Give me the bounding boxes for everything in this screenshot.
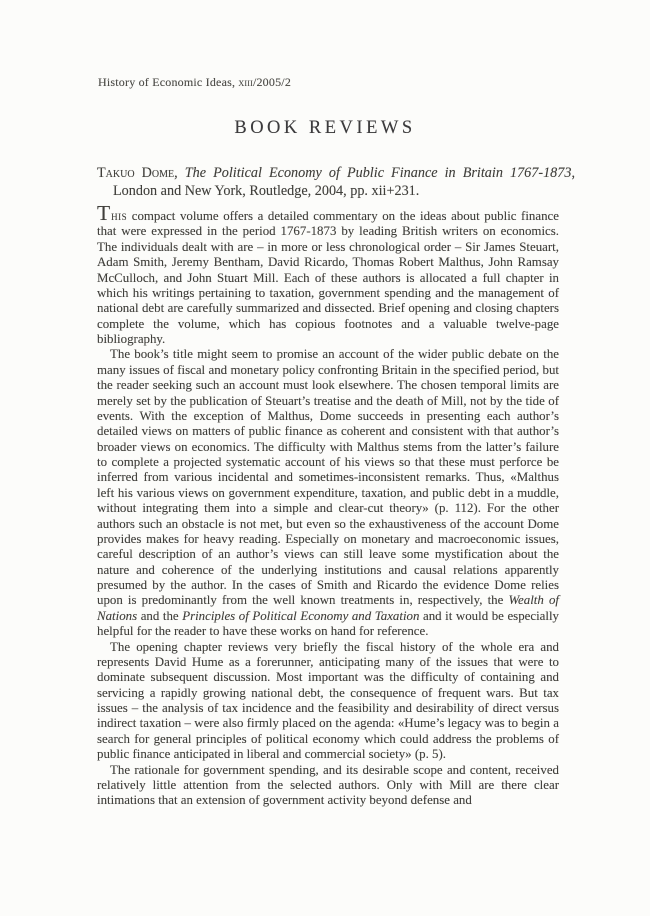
citation-book-title: The Political Economy of Public Finance … [185, 165, 572, 181]
book-citation: Takuo Dome, The Political Economy of Pub… [97, 164, 575, 200]
body-paragraph: The rationale for government spending, a… [97, 763, 559, 809]
body-paragraph: The opening chapter reviews very briefly… [97, 640, 559, 763]
text-run: The book’s title might seem to promise a… [97, 347, 559, 607]
journal-issue: /2005/2 [253, 75, 291, 89]
text-run: compact volume offers a detailed comment… [97, 209, 559, 346]
scanned-journal-page: History of Economic Ideas, xiii/2005/2 B… [0, 0, 650, 916]
text-run: The opening chapter reviews very briefly… [97, 640, 559, 762]
drop-cap-initial: T [97, 201, 111, 225]
body-paragraph: The book’s title might seem to promise a… [97, 347, 559, 639]
body-paragraph: This compact volume offers a detailed co… [97, 209, 559, 347]
citation-separator: , [174, 165, 185, 181]
smallcaps-lead: his [111, 209, 127, 223]
journal-name: History of Economic Ideas, [98, 75, 238, 89]
review-body: This compact volume offers a detailed co… [97, 209, 559, 809]
text-run: The rationale for government spending, a… [97, 763, 559, 808]
page-title: BOOK REVIEWS [0, 118, 650, 139]
text-run: and the [137, 609, 182, 623]
citation-author: Takuo Dome [97, 165, 174, 181]
journal-running-head: History of Economic Ideas, xiii/2005/2 [98, 75, 291, 90]
text-run: Principles of Political Economy and Taxa… [182, 609, 419, 623]
journal-volume: xiii [238, 75, 253, 89]
paragraph-text: compact volume offers a detailed comment… [97, 209, 559, 346]
